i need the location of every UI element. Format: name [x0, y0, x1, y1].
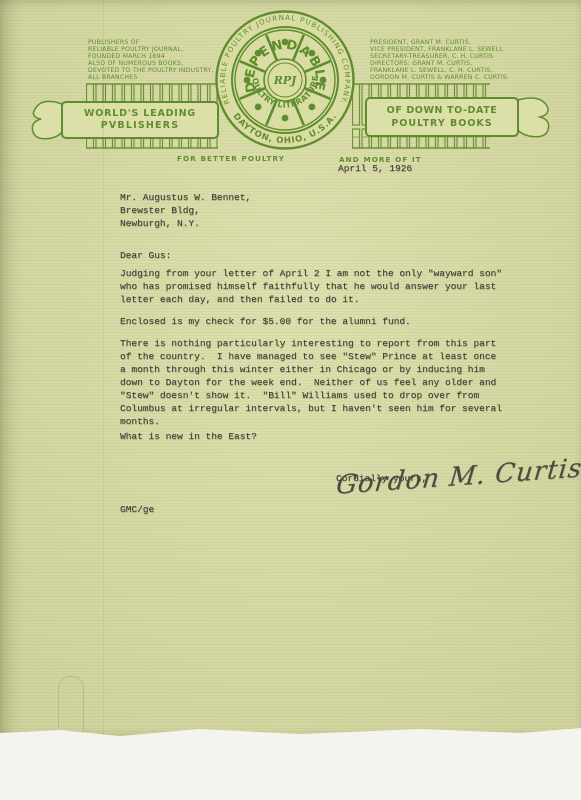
ribbon-curl-left-icon	[32, 101, 62, 138]
right-banner-line2: POULTRY BOOKS	[391, 118, 492, 129]
recipient-address: Mr. Augustus W. Bennet, Brewster Bldg, N…	[120, 191, 251, 230]
officers-line: VICE PRESIDENT, FRANKLANE L. SEWELL	[370, 46, 503, 53]
publishers-line: FOUNDED MARCH 1894	[88, 53, 165, 60]
left-banner-line2: PVBLISHERS	[101, 120, 180, 131]
paragraph-3: There is nothing particularly interestin…	[120, 337, 502, 428]
left-banner-line1: WORLD'S LEADING	[84, 108, 196, 119]
letterhead: WORLD'S LEADING PVBLISHERS OF DOWN TO-DA…	[0, 0, 581, 170]
typist-initials: GMC/ge	[120, 503, 154, 516]
paperclip-imprint-icon	[58, 676, 84, 741]
publishers-line: PUBLISHERS OF	[88, 39, 140, 46]
paragraph-2: Enclosed is my check for $5.00 for the a…	[120, 315, 411, 328]
ribbon-curl-right-icon	[518, 98, 549, 137]
officers-line: GORDON M. CURTIS & WARREN C. CURTIS.	[370, 74, 509, 81]
handwritten-signature: Gordon M. Curtis	[335, 453, 581, 501]
right-banner-line1: OF DOWN TO-DATE	[387, 105, 498, 116]
officers-line: SECRETARY-TREASURER, C. H. CURTIS	[370, 53, 493, 60]
salutation: Dear Gus:	[120, 249, 171, 262]
officers-block: PRESIDENT, GRANT M. CURTIS. VICE PRESIDE…	[370, 39, 509, 81]
publishers-block: PUBLISHERS OF RELIABLE POULTRY JOURNAL, …	[88, 39, 214, 81]
paragraph-1: Judging from your letter of April 2 I am…	[120, 267, 502, 306]
letter-paper: WORLD'S LEADING PVBLISHERS OF DOWN TO-DA…	[0, 0, 581, 737]
officers-line: PRESIDENT, GRANT M. CURTIS.	[370, 39, 471, 46]
right-banner: OF DOWN TO-DATE POULTRY BOOKS	[366, 98, 549, 137]
scan-background: { "colors": { "paper": "#d8dba2", "ink_g…	[0, 0, 581, 800]
seal-monogram: RPJ	[273, 74, 297, 87]
scan-scratch-line	[103, 0, 104, 737]
officers-line: FRANKLANE L. SEWELL, C. H. CURTIS,	[370, 67, 493, 74]
left-banner: WORLD'S LEADING PVBLISHERS	[32, 101, 218, 138]
publishers-line: DEVOTED TO THE POULTRY INDUSTRY,	[88, 67, 214, 74]
left-caption: FOR BETTER POULTRY	[177, 154, 285, 163]
publishers-line: ALL BRANCHES	[88, 74, 137, 81]
letter-date: April 5, 1926	[338, 162, 412, 175]
paragraph-4: What is new in the East?	[120, 430, 257, 443]
officers-line: DIRECTORS: GRANT M. CURTIS,	[370, 60, 472, 67]
